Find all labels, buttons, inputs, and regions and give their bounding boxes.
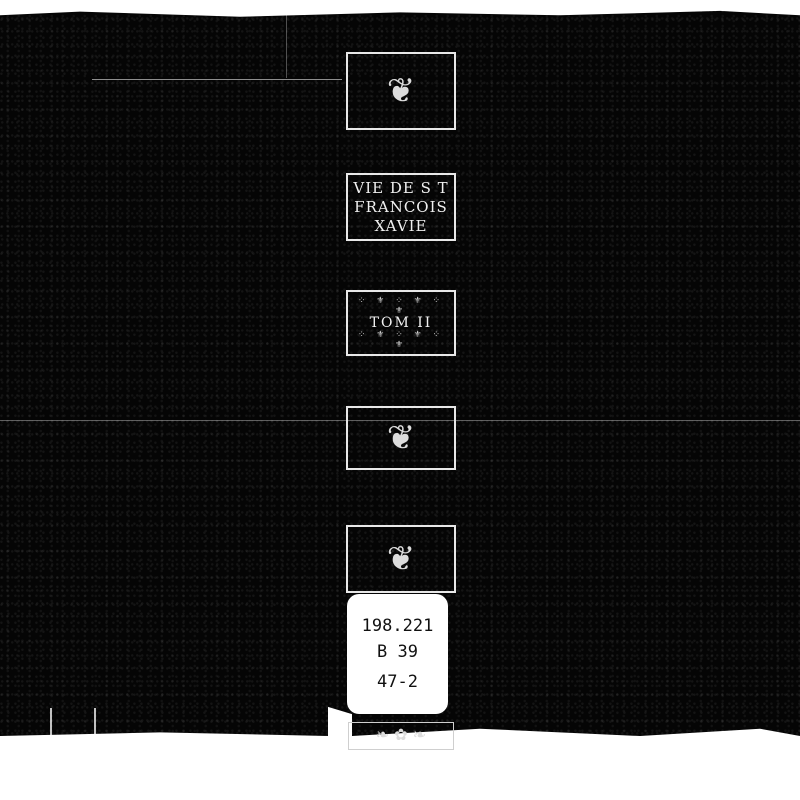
ornament-panel-top: ❦ (346, 52, 456, 130)
scratch-mark (670, 761, 684, 789)
spine-title-line-3: XAVIE (375, 217, 428, 236)
flower-ornament-icon: ❦ (387, 421, 416, 455)
crease-line-top (92, 79, 342, 80)
call-number-line-3: 47-2 (377, 672, 418, 692)
fleur-de-lis-row-icon: ⁘ ⚜ ⁘ ⚜ ⁘ ⚜ (354, 330, 448, 350)
volume-panel: ⁘ ⚜ ⁘ ⚜ ⁘ ⚜ TOM II ⁘ ⚜ ⁘ ⚜ ⁘ ⚜ (346, 290, 456, 356)
ornament-panel-middle: ❦ (346, 406, 456, 470)
crease-line-vertical (286, 8, 287, 78)
volume-label: TOM II (370, 315, 433, 331)
spine-title-line-2: FRANCOIS (354, 198, 448, 217)
flower-ornament-icon: ❦ (387, 74, 416, 108)
call-number-label: 198.221 B 39 47-2 (347, 594, 448, 714)
scratch-mark (619, 740, 639, 781)
call-number-line-1: 198.221 (362, 616, 434, 636)
spine-title-panel: VIE DE S T FRANCOIS XAVIE (346, 173, 456, 241)
scratch-mark (50, 708, 96, 762)
flower-ornament-icon: ❦ (387, 542, 416, 576)
ornament-panel-bottom: ❧ ✿ ❧ (348, 722, 454, 750)
fleur-de-lis-row-icon: ⁘ ⚜ ⁘ ⚜ ⁘ ⚜ (354, 296, 448, 316)
call-number-line-2: B 39 (377, 642, 418, 662)
ornament-panel-lower: ❦ (346, 525, 456, 593)
spine-title-line-1: VIE DE S T (353, 179, 448, 198)
